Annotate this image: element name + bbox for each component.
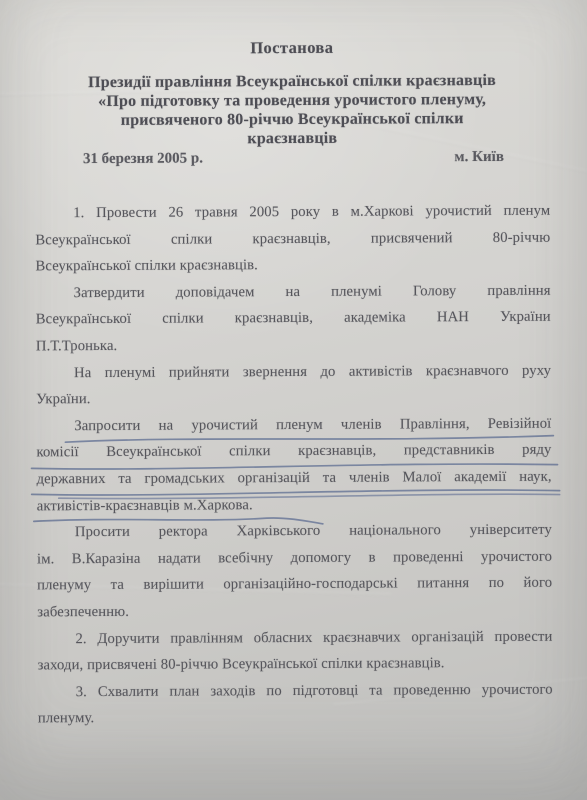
photo-vignette: [0, 0, 587, 800]
document-page: Постанова Президії правління Всеукраїнсь…: [0, 0, 587, 800]
